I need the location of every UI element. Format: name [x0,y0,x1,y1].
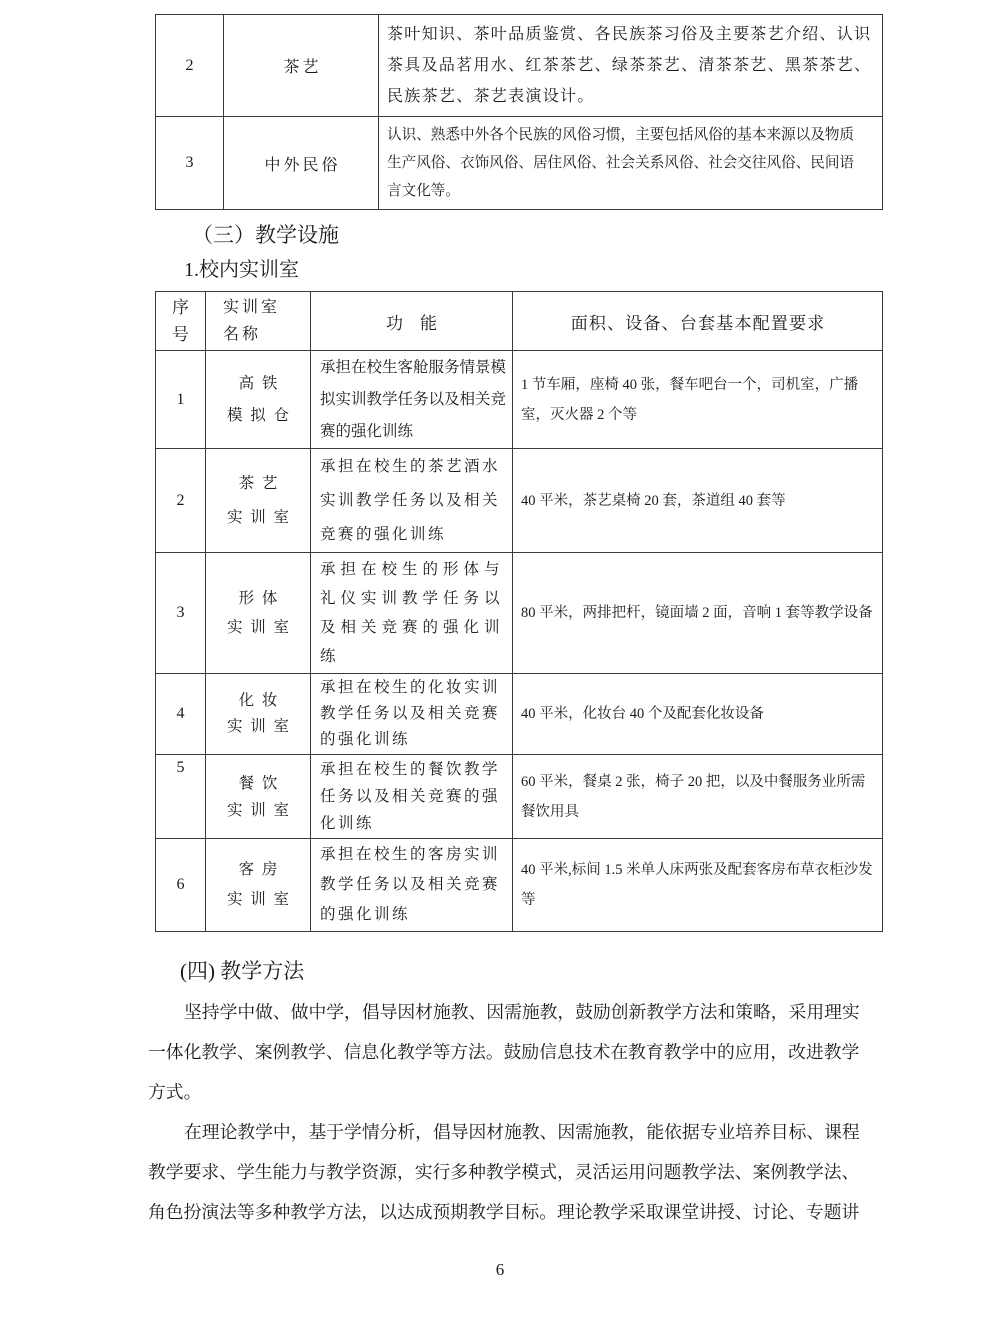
function-line: 赛的强化训练 [320,416,512,448]
serial-number: 3 [186,154,194,171]
room-name-line: 实训室 [206,501,310,535]
header-room-name-cell: 实训室 名称 [206,292,311,351]
section-heading-4: (四) 教学方法 [180,955,304,985]
serial-cell: 3 [156,117,224,210]
desc-line: 茶具及品茗用水、红茶茶艺、绿茶茶艺、清茶茶艺、黑茶茶艺、 [387,50,874,81]
room-name-line: 客房 [206,855,310,885]
course-name-cell: 中外民俗 [224,117,379,210]
desc-line: 茶叶知识、茶叶品质鉴赏、各民族茶习俗及主要茶艺介绍、认识 [387,19,874,50]
serial-cell: 4 [156,674,206,755]
serial-number: 1 [177,391,185,408]
course-continuation-table: 2 茶艺 茶叶知识、茶叶品质鉴赏、各民族茶习俗及主要茶艺介绍、认识 茶具及品茗用… [155,14,883,210]
function-line: 任务以及相关竞赛的强 [320,783,512,810]
table-row: 3 中外民俗 认识、熟悉中外各个民族的风俗习惯，主要包括风俗的基本来源以及物质 … [156,117,883,210]
function-line: 承担在校生的化妆实训 [320,675,512,701]
function-line: 化训练 [320,810,512,837]
header-line: 实训室 [223,294,310,321]
function-cell: 承担在校生客舱服务情景模 拟实训教学任务以及相关竞 赛的强化训练 [311,351,513,449]
config-cell: 40 平米，化妆台 40 个及配套化妆设备 [513,674,883,755]
room-name-cell: 客房 实训室 [206,839,311,932]
serial-number: 4 [177,705,185,722]
room-name-cell: 高铁 模拟仓 [206,351,311,449]
serial-number: 6 [177,876,185,893]
paragraph-line: 角色扮演法等多种教学方法，以达成预期教学目标。理论教学采取课堂讲授、讨论、专题讲 [148,1192,860,1232]
function-line: 的强化训练 [320,727,512,753]
paragraph-line: 教学要求、学生能力与教学资源，实行多种教学模式，灵活运用问题教学法、案例教学法、 [148,1152,860,1192]
table-row: 1 高铁 模拟仓 承担在校生客舱服务情景模 拟实训教学任务以及相关竞 赛的强化训… [156,351,883,449]
function-line: 实训教学任务以及相关 [320,484,512,518]
function-line: 承担在校生客舱服务情景模 [320,352,512,384]
function-cell: 承担在校生的化妆实训 教学任务以及相关竞赛 的强化训练 [311,674,513,755]
course-name-cell: 茶艺 [224,15,379,117]
room-name-line: 实训室 [206,885,310,915]
function-line: 礼仪实训教学任务以 [320,584,512,613]
config-cell: 40 平米,标间 1.5 米单人床两张及配套客房布草衣柜沙发等 [513,839,883,932]
room-name-cell: 形体 实训室 [206,553,311,674]
room-name-line: 高铁 [206,368,310,400]
header-config-cell: 面积、设备、台套基本配置要求 [513,292,883,351]
paragraph-line: 在理论教学中，基于学情分析，倡导因材施教、因需施教，能依据专业培养目标、课程 [148,1112,860,1152]
function-line: 教学任务以及相关竞赛 [320,701,512,727]
serial-number: 5 [177,759,185,776]
function-line: 承担在校生的形体与 [320,555,512,584]
paragraph-line: 坚持学中做、做中学，倡导因材施教、因需施教，鼓励创新教学方法和策略，采用理实 [148,992,860,1032]
course-name: 茶艺 [283,59,321,76]
room-name-line: 实训室 [206,714,310,740]
config-cell: 80 平米，两排把杆，镜面墙 2 面，音响 1 套等教学设备 [513,553,883,674]
room-name-line: 化妆 [206,688,310,714]
room-name-cell: 餐饮 实训室 [206,755,311,839]
serial-cell: 3 [156,553,206,674]
function-line: 练 [320,642,512,671]
header-line: 名称 [223,321,310,348]
course-name: 中外民俗 [264,157,340,174]
room-name-cell: 茶艺 实训室 [206,449,311,553]
room-name-line: 餐饮 [206,770,310,797]
table-row: 2 茶艺 茶叶知识、茶叶品质鉴赏、各民族茶习俗及主要茶艺介绍、认识 茶具及品茗用… [156,15,883,117]
subsection-heading: 1.校内实训室 [184,253,299,282]
serial-cell: 2 [156,15,224,117]
desc-line: 民族茶艺、茶艺表演设计。 [387,81,874,112]
serial-number: 2 [186,57,194,74]
desc-line: 生产风俗、衣饰风俗、居住风俗、社会关系风俗、社会交往风俗、民间语 [387,149,874,177]
training-rooms-table: 序 号 实训室 名称 功 能 面积、设备、台套基本配置要求 1 高铁 模拟仓 承… [155,291,883,932]
function-line: 拟实训教学任务以及相关竞 [320,384,512,416]
course-desc-cell: 茶叶知识、茶叶品质鉴赏、各民族茶习俗及主要茶艺介绍、认识 茶具及品茗用水、红茶茶… [379,15,883,117]
room-name-line: 形体 [206,584,310,613]
table-row: 2 茶艺 实训室 承担在校生的茶艺酒水 实训教学任务以及相关 竞赛的强化训练 4… [156,449,883,553]
paragraph-line: 方式。 [148,1072,860,1112]
document-page: 2 茶艺 茶叶知识、茶叶品质鉴赏、各民族茶习俗及主要茶艺介绍、认识 茶具及品茗用… [0,0,1000,1333]
course-desc-cell: 认识、熟悉中外各个民族的风俗习惯，主要包括风俗的基本来源以及物质 生产风俗、衣饰… [379,117,883,210]
config-cell: 60 平米，餐桌 2 张，椅子 20 把，以及中餐服务业所需餐饮用具 [513,755,883,839]
header-function-cell: 功 能 [311,292,513,351]
function-line: 的强化训练 [320,900,512,930]
table-header-row: 序 号 实训室 名称 功 能 面积、设备、台套基本配置要求 [156,292,883,351]
function-line: 承担在校生的餐饮教学 [320,756,512,783]
function-line: 教学任务以及相关竞赛 [320,870,512,900]
page-number: 6 [0,1260,1000,1280]
function-line: 竞赛的强化训练 [320,518,512,552]
table-row: 6 客房 实训室 承担在校生的客房实训 教学任务以及相关竞赛 的强化训练 40 … [156,839,883,932]
serial-cell: 2 [156,449,206,553]
table-row: 3 形体 实训室 承担在校生的形体与 礼仪实训教学任务以 及相关竞赛的强化训 练… [156,553,883,674]
room-name-cell: 化妆 实训室 [206,674,311,755]
function-line: 承担在校生的茶艺酒水 [320,450,512,484]
desc-line: 认识、熟悉中外各个民族的风俗习惯，主要包括风俗的基本来源以及物质 [387,121,874,149]
function-line: 及相关竞赛的强化训 [320,613,512,642]
function-cell: 承担在校生的形体与 礼仪实训教学任务以 及相关竞赛的强化训 练 [311,553,513,674]
config-cell: 1 节车厢，座椅 40 张，餐车吧台一个，司机室，广播室，灭火器 2 个等 [513,351,883,449]
header-line: 号 [156,321,205,348]
table-row: 5 餐饮 实训室 承担在校生的餐饮教学 任务以及相关竞赛的强 化训练 60 平米… [156,755,883,839]
paragraph-line: 一体化教学、案例教学、信息化教学等方法。鼓励信息技术在教育教学中的应用，改进教学 [148,1032,860,1072]
function-cell: 承担在校生的茶艺酒水 实训教学任务以及相关 竞赛的强化训练 [311,449,513,553]
config-cell: 40 平米，茶艺桌椅 20 套，茶道组 40 套等 [513,449,883,553]
room-name-line: 茶艺 [206,467,310,501]
function-line: 承担在校生的客房实训 [320,840,512,870]
function-cell: 承担在校生的餐饮教学 任务以及相关竞赛的强 化训练 [311,755,513,839]
table-row: 4 化妆 实训室 承担在校生的化妆实训 教学任务以及相关竞赛 的强化训练 40 … [156,674,883,755]
body-text: 坚持学中做、做中学，倡导因材施教、因需施教，鼓励创新教学方法和策略，采用理实 一… [148,992,860,1232]
serial-cell: 1 [156,351,206,449]
header-line: 序 [156,294,205,321]
room-name-line: 实训室 [206,797,310,824]
room-name-line: 模拟仓 [206,400,310,432]
serial-cell: 5 [156,755,206,839]
serial-cell: 6 [156,839,206,932]
function-cell: 承担在校生的客房实训 教学任务以及相关竞赛 的强化训练 [311,839,513,932]
serial-number: 2 [177,492,185,509]
room-name-line: 实训室 [206,613,310,642]
serial-number: 3 [177,604,185,621]
section-heading-3: （三）教学设施 [192,219,339,249]
header-serial-cell: 序 号 [156,292,206,351]
desc-line: 言文化等。 [387,177,874,205]
